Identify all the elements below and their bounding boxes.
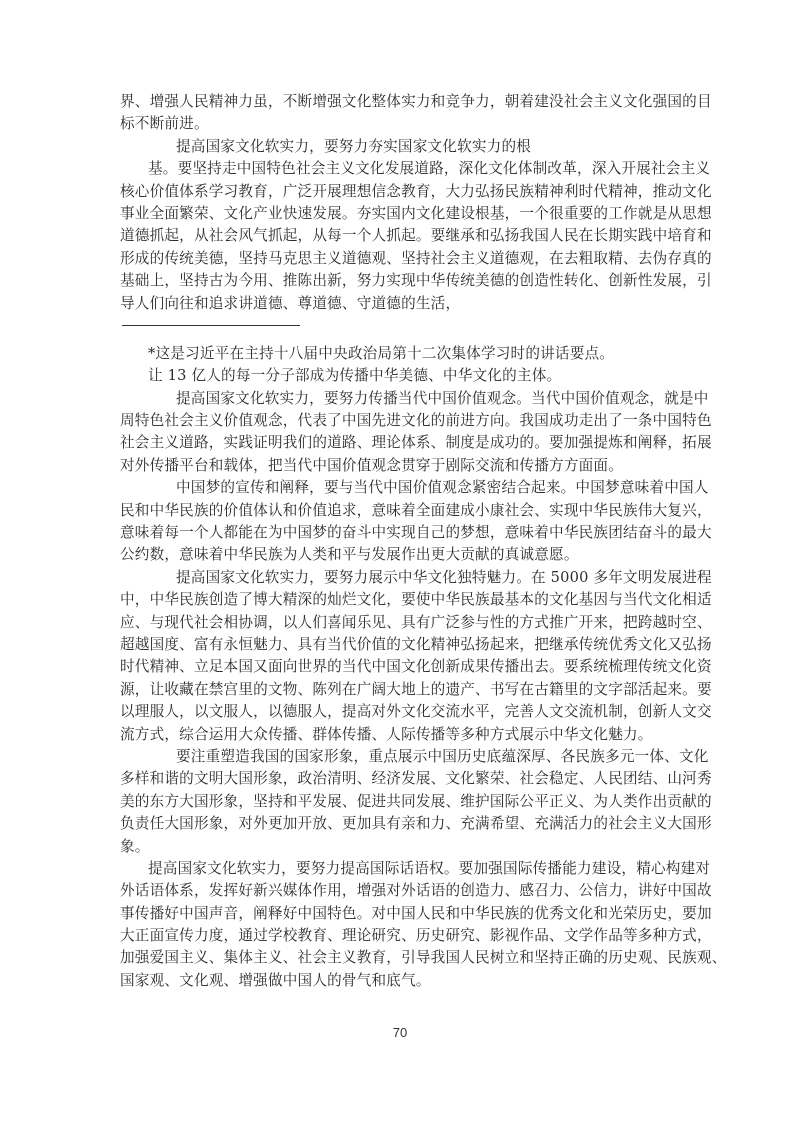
text-line: 中国梦的宣传和阐释，要与当代中国价值观念紧密结合起来。中国梦意味着中国人 bbox=[120, 477, 682, 499]
footnote-separator bbox=[120, 315, 682, 343]
text-line: 大正面宣传力度，通过学校教育、理论研究、历史研究、影视作品、文学作品等多种方式， bbox=[120, 925, 682, 947]
text-line: 社会主义道路，实践证明我们的道路、理论体系、制度是成功的。要加强提炼和阐释，拓展 bbox=[120, 432, 682, 454]
text-line: 提高国家文化软实力，要努力传播当代中国价值观念。当代中国价值观念，就是中 bbox=[120, 388, 682, 410]
text-line: 源，让收藏在禁宫里的文物、陈列在广阔大地上的遗产、书写在古籍里的文字部活起来。要 bbox=[120, 679, 682, 701]
text-line: 公约数，意味着中华民族为人类和平与发展作出更大贡献的真诚意愿。 bbox=[120, 544, 682, 566]
text-line: 提高国家文化软实力，要努力提高国际话语权。要加强国际传播能力建设，精心构建对 bbox=[120, 858, 682, 880]
footnote-rule bbox=[122, 325, 300, 326]
document-page: 界、增强人民精神力虽，不断增强文化整体实力和竞争力，朝着建没社会主义文化强国的目… bbox=[0, 0, 800, 1131]
text-line: 中，中华民族创造了博大精深的灿烂文化，要使中华民族最基本的文化基因与当代文化相适 bbox=[120, 589, 682, 611]
text-line: 加强爱国主义、集体主义、社会主义教育，引导我国人民树立和坚持正确的历史观、民族观… bbox=[120, 947, 682, 969]
text-line: 负责任大国形象，对外更加开放、更加具有亲和力、充满希望、充满活力的社会主义大国形 bbox=[120, 813, 682, 835]
text-line: 道德抓起，从社会风气抓起，从每一个人抓起。要继承和弘扬我国人民在长期实践中培育和 bbox=[120, 225, 682, 247]
text-line: 基础上，坚持古为今用、推陈出新，努力实现中华传统美德的创造性转化、创新性发展，引 bbox=[120, 270, 682, 292]
footnote-text: *这是习近平在主持十八届中央政治局第十二次集体学习时的讲话要点。 bbox=[120, 343, 682, 365]
text-line: 要注重塑造我国的国家形象，重点展示中国历史底蕴深厚、各民族多元一体、文化 bbox=[120, 746, 682, 768]
text-line: 国家观、文化观、增强做中国人的骨气和底气。 bbox=[120, 970, 682, 992]
text-line: 提高国家文化软实力，要努力夯实国家文化软实力的根 bbox=[120, 136, 682, 158]
text-line: 多样和谐的文明大国形象，政治清明、经济发展、文化繁荣、社会稳定、人民团结、山河秀 bbox=[120, 768, 682, 790]
text-line: 流方式，综合运用大众传播、群体传播、人际传播等多种方式展示中华文化魅力。 bbox=[120, 724, 682, 746]
text-line: 应、与现代社会相协调，以人们喜闻乐见、具有广泛参与性的方式推广开来，把跨越时空、 bbox=[120, 612, 682, 634]
text-line: 导人们向往和追求讲道德、尊道德、守道德的生活， bbox=[120, 293, 682, 315]
text-line: 以理服人，以文服人，以德服人，提高对外文化交流水平，完善人文交流机制，创新人文交 bbox=[120, 701, 682, 723]
text-line: 事业全面繁荣、文化产业快速发展。夯实国内文化建设根基，一个很重要的工作就是从思想 bbox=[120, 203, 682, 225]
text-line: 象。 bbox=[120, 836, 682, 858]
text-line: 事传播好中国声音，阐释好中国特色。对中国人民和中华民族的优秀文化和光荣历史，要加 bbox=[120, 903, 682, 925]
text-line: 提高国家文化软实力，要努力展示中华文化独特魅力。在 5000 多年文明发展进程 bbox=[120, 567, 682, 589]
page-number: 70 bbox=[0, 1025, 800, 1040]
document-body: 界、增强人民精神力虽，不断增强文化整体实力和竞争力，朝着建没社会主义文化强国的目… bbox=[120, 91, 682, 992]
text-line: 意味着每一个人都能在为中国梦的奋斗中实现自己的梦想，意味着中华民族团结奋斗的最大 bbox=[120, 522, 682, 544]
text-line: 基。要坚持走中国特色社会主义文化发展道路，深化文化体制改革，深入开展社会主义 bbox=[120, 158, 682, 180]
text-line: 美的东方大国形象，坚持和平发展、促进共同发展、维护国际公平正义、为人类作出贡献的 bbox=[120, 791, 682, 813]
text-line: 超越国度、富有永恒魅力、具有当代价值的文化精神弘扬起来，把继承传统优秀文化又弘扬 bbox=[120, 634, 682, 656]
text-line: 标不断前进。 bbox=[120, 113, 682, 135]
text-line: 让 13 亿人的每一分子部成为传播中华美德、中华文化的主体。 bbox=[120, 365, 682, 387]
text-line: 民和中华民族的价值体认和价值追求，意味着全面建成小康社会、实现中华民族伟大复兴， bbox=[120, 500, 682, 522]
text-line: 形成的传统美德，坚持马克思主义道德观、坚持社会主义道德观，在去粗取精、去伪存真的 bbox=[120, 248, 682, 270]
text-line: 对外传播平台和载体，把当代中国价值观念贯穿于剧际交流和传播方方面面。 bbox=[120, 455, 682, 477]
text-line: 界、增强人民精神力虽，不断增强文化整体实力和竞争力，朝着建没社会主义文化强国的目 bbox=[120, 91, 682, 113]
text-line: 周特色社会主义价值观念，代表了中国先进文化的前进方向。我国成功走出了一条中国特色 bbox=[120, 410, 682, 432]
text-line: 时代精神、立足本国又面向世界的当代中国文化创新成果传播出去。要系统梳理传统文化资 bbox=[120, 656, 682, 678]
text-line: 外话语体系，发挥好新兴媒体作用，增强对外话语的创造力、感召力、公信力，讲好中国故 bbox=[120, 880, 682, 902]
text-line: 核心价值体系学习教育，广泛开展理想信念教育，大力弘扬民族精神利时代精神，推动文化 bbox=[120, 181, 682, 203]
